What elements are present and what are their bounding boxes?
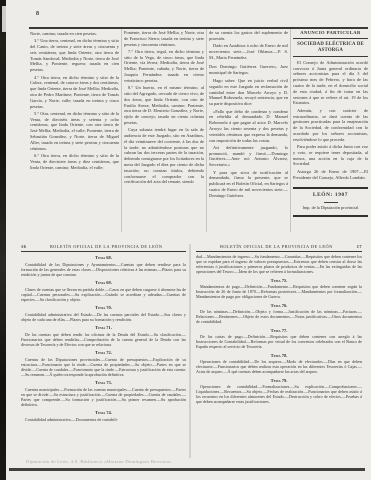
paragraph: Cuya subasta tendrá lugar en la sala de …	[124, 127, 204, 185]
paragraph: Astorga 26 de Enero de 1907.—El Presiden…	[293, 169, 368, 181]
paragraph: Para poder asistir á dicha Junta con voz…	[293, 144, 368, 167]
running-header: BOLETÍN OFICIAL DE LA PROVINCIA DE LEÓN …	[196, 244, 362, 252]
tema-body: De las cuentas que deben rendir las ofic…	[21, 332, 186, 347]
paragraph: 4.° Otra tierra, en dicho término y siti…	[30, 75, 119, 110]
tema-heading: Tema 78.	[196, 353, 362, 358]
column-separator	[206, 29, 207, 232]
paragraph: 5.° Otra, centenal, en dicho término y s…	[30, 111, 119, 152]
tema-body: Contabilidad administrativa del Estado.—…	[21, 312, 186, 322]
tema-heading: Tema 73.	[21, 380, 186, 385]
paragraph: Así definitivamente juzgando, lo pronunc…	[209, 145, 288, 168]
tema-body: Clases de cuentas que se llevan en parti…	[21, 287, 186, 302]
tema-heading: Tema 69.	[21, 280, 186, 285]
anuncio-particular-title: ANUNCIO PARTICULAR	[293, 30, 368, 39]
tema-body: Cuentas de las Diputaciones provinciales…	[21, 357, 186, 377]
imprint-block: LEÓN: 1907 Imp. de la Diputación provinc…	[293, 187, 368, 217]
imprint-divider	[324, 202, 338, 203]
right-page-number: 17	[357, 244, 362, 249]
tema-heading: Tema 68.	[21, 255, 186, 260]
top-column-1: Norte, camino; tasada en cien pesetas. 3…	[30, 31, 119, 172]
binding-scan-notch	[2, 6, 6, 32]
tema-heading: Tema 72.	[21, 350, 186, 355]
tema-body: Contabilidad de las Diputaciones y Ayunt…	[21, 262, 186, 277]
tema-body: De las cartas de pago.—Definición.—Requi…	[196, 334, 362, 349]
company-title: SOCIEDAD ELÉCTRICA DE ASTORGA	[293, 42, 368, 57]
paragraph: Dado en Azadinos á ocho de Enero de mil …	[209, 43, 288, 60]
running-header: 16 BOLETÍN OFICIAL DE LA PROVINCIA DE LE…	[21, 244, 186, 252]
scanned-bulletin-page: 8 Norte, camino; tasada en cien pesetas.…	[0, 0, 371, 480]
paragraph: «Fallo que debo de condenar y condeno en…	[209, 109, 288, 144]
paragraph: Poniente, tierra de José Mellia, y Norte…	[124, 30, 204, 47]
running-title: BOLETÍN OFICIAL DE LA PROVINCIA DE LEÓN	[26, 244, 186, 249]
top-column-2: Poniente, tierra de José Mellia, y Norte…	[124, 30, 204, 187]
header-rule	[29, 27, 368, 29]
running-title: BOLETÍN OFICIAL DE LA PROVINCIA DE LEÓN	[196, 244, 357, 249]
column-separator	[290, 29, 291, 232]
tema-heading: Tema 77.	[196, 328, 362, 333]
top-page-number: 8	[36, 11, 39, 17]
tema-body: Operaciones de contabilidad.—Formalizaci…	[196, 384, 362, 404]
tema-heading: Tema 71.	[21, 325, 186, 330]
paragraph: 3.° Una tierra, centenal, en dicho térmi…	[30, 38, 119, 73]
book-binding-edge	[0, 0, 6, 480]
tema-heading: Tema 75.	[196, 278, 362, 283]
paragraph: de su cuenta los gastos del suplemento d…	[209, 30, 288, 42]
top-column-3: de su cuenta los gastos del suplemento d…	[209, 30, 288, 200]
paragraph: 8.° Un huerto, en el mismo término, al s…	[124, 85, 204, 126]
imprint-city: LEÓN: 1907	[293, 193, 368, 199]
tema-body: Mandamientos de pago.—Definición.—Fundam…	[196, 284, 362, 299]
paragraph: El Consejo de Administración acordó conv…	[293, 60, 368, 106]
paragraph: 6.° Otra tierra, en dicho término y siti…	[30, 153, 119, 170]
tema-heading: Tema 79.	[196, 378, 362, 383]
bottom-right-page: BOLETÍN OFICIAL DE LA PROVINCIA DE LEÓN …	[196, 244, 362, 404]
tema-body: Cuentas municipales.—Formación de las cu…	[21, 387, 186, 407]
column-separator	[121, 29, 122, 232]
judge-heading: Don Domingo Gutiérrez Guerrero, Juez mun…	[209, 64, 288, 76]
tema-body: De las nóminas.—Definición.—Objeto y for…	[196, 309, 362, 324]
page-gutter	[189, 244, 191, 458]
digitization-watermark: Diputación de León. 4.0. Biblioteca «Mar…	[26, 459, 172, 464]
top-column-4: ANUNCIO PARTICULAR SOCIEDAD ELÉCTRICA DE…	[293, 30, 368, 217]
bottom-left-page: 16 BOLETÍN OFICIAL DE LA PROVINCIA DE LE…	[21, 244, 186, 422]
tema-body: Contabilidad administrativa.—Documentos …	[21, 417, 186, 422]
tema-heading: Tema 74.	[21, 410, 186, 415]
paragraph: 7.° Otra tierra, trigal, en dicho términ…	[124, 49, 204, 84]
paragraph: Hago saber: Que en juicio verbal civil s…	[209, 78, 288, 107]
imprint-printer: Imp. de la Diputación provincial	[293, 205, 368, 211]
paragraph: Y para que sirva de notificación al dema…	[209, 170, 288, 199]
tema-heading: Tema 76.	[196, 303, 362, 308]
scan-edge-bar	[9, 468, 365, 471]
tema-body: Operaciones de contabilidad.—De los arqu…	[196, 359, 362, 374]
paragraph: Norte, camino; tasada en cien pesetas.	[30, 31, 119, 37]
continuation-paragraph: dad.—Mandamientos de ingreso.—Su fundame…	[196, 254, 362, 274]
paragraph: Además, y con carácter de extraordinaria…	[293, 108, 368, 143]
tema-heading: Tema 70.	[21, 305, 186, 310]
